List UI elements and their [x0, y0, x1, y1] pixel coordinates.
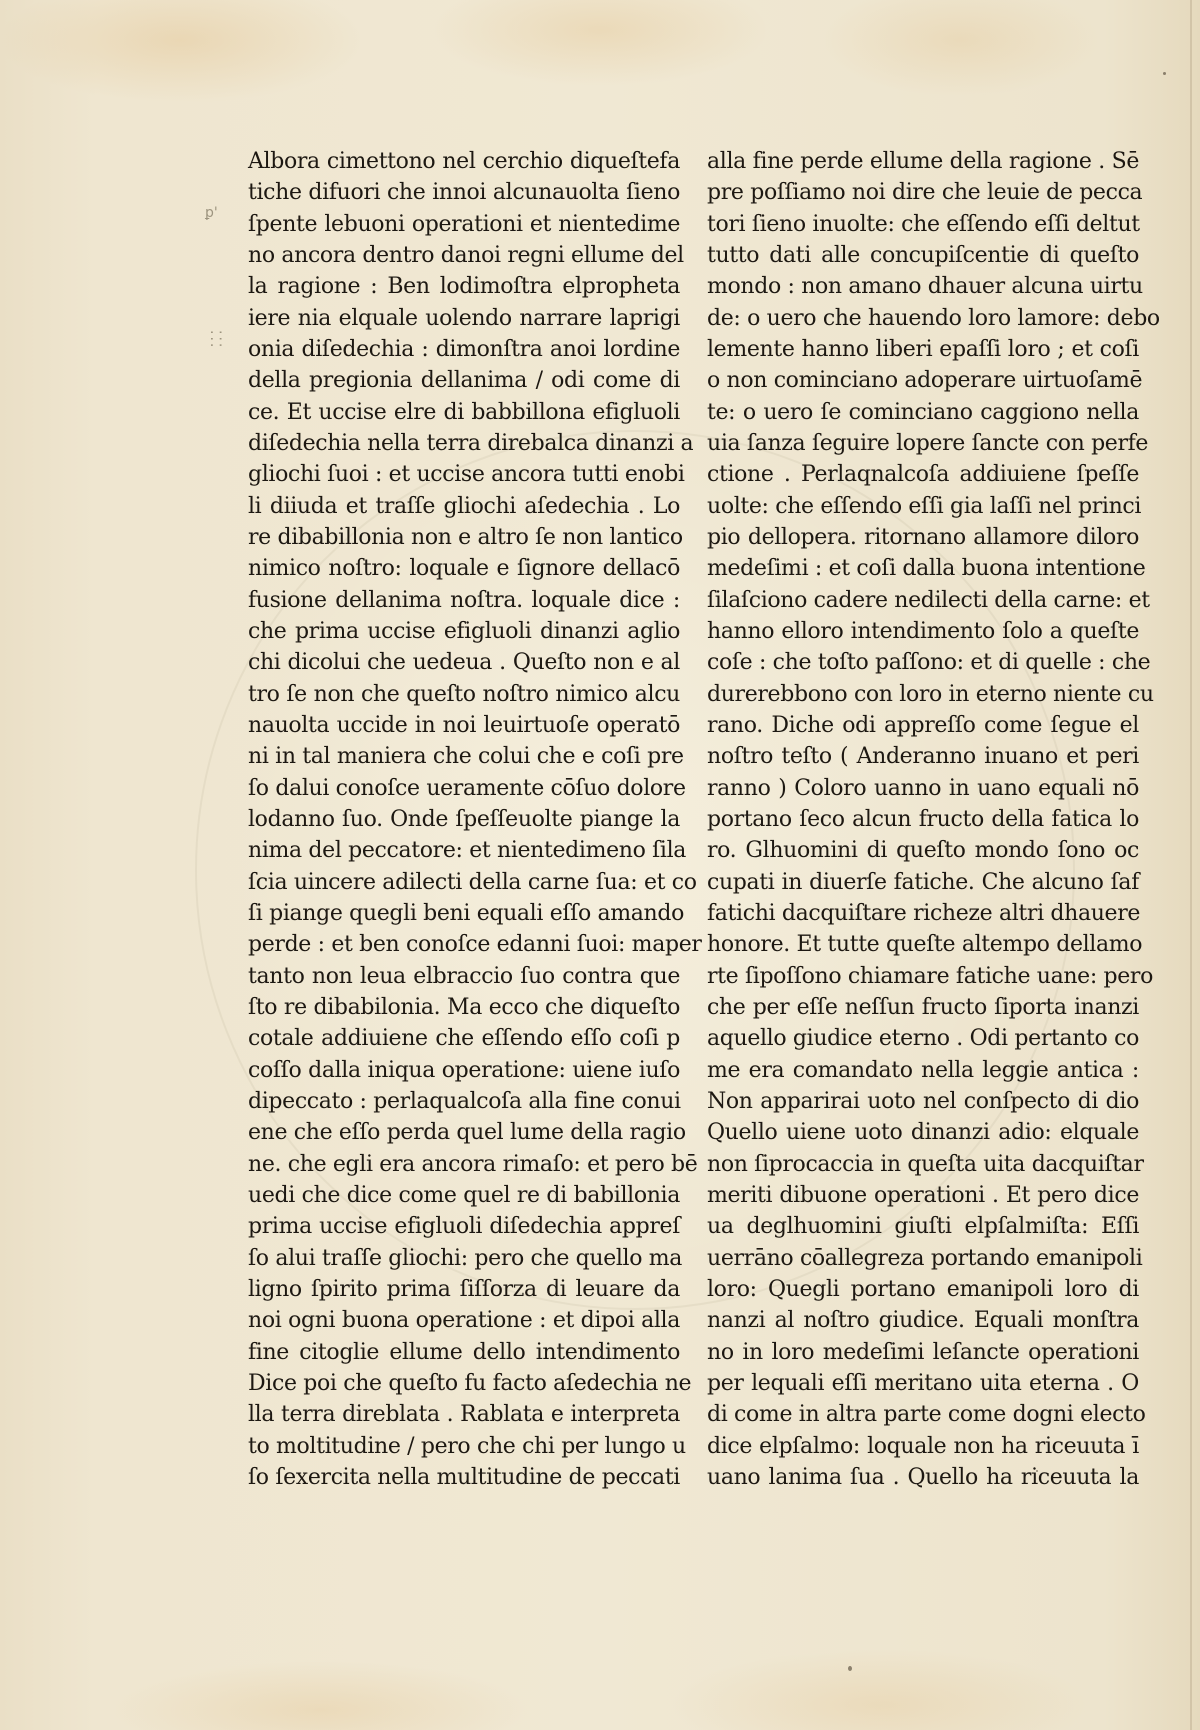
text-line: ſilaſciono cadere nedilecti della carne:… — [707, 587, 1139, 615]
text-line: ctione . Perlaqnalcoſa addiuiene ſpeſſe — [707, 461, 1139, 489]
text-line: honore. Et tutte queſte altempo dellamo — [707, 931, 1139, 959]
text-line: che prima uccise efigluoli dinanzi aglio — [248, 618, 680, 646]
text-line: tutto dati alle concupiſcentie di queſto — [707, 242, 1139, 270]
paper-speck — [848, 1666, 852, 1671]
text-line: la ragione : Ben lodimoſtra elpropheta — [248, 273, 680, 301]
page-fore-edge — [1190, 0, 1192, 1730]
text-line: ſcia uincere adilecti della carne ſua: e… — [248, 869, 680, 897]
text-line: rano. Diche odi appreſſo come ſegue el — [707, 712, 1139, 740]
text-line: che per eſſe neſſun fructo ſiporta inanz… — [707, 994, 1139, 1022]
text-line: li diiuda et traſſe gliochi aſedechia . … — [248, 493, 680, 521]
text-line: pio dellopera. ritornano allamore diloro — [707, 524, 1139, 552]
text-line: per lequali eſſi meritano uita eterna . … — [707, 1370, 1139, 1398]
text-line: Dice poi che queſto fu facto aſedechia n… — [248, 1370, 680, 1398]
text-line: iere nia elquale uolendo narrare laprigi — [248, 305, 680, 333]
text-line: di come in altra parte come dogni electo — [707, 1401, 1139, 1429]
text-line: durerebbono con loro in eterno niente cu — [707, 681, 1139, 709]
text-line: non ſiprocaccia in queſta uita dacquiſta… — [707, 1151, 1139, 1179]
text-line: tiche difuori che innoi alcunauolta ſien… — [248, 179, 680, 207]
text-line: ro. Glhuomini di queſto mondo ſono oc — [707, 837, 1139, 865]
text-line: ſpente lebuoni operationi et nientedime — [248, 211, 680, 239]
text-line: me era comandato nella leggie antica : — [707, 1057, 1139, 1085]
text-line: ce. Et uccise elre di babbillona efigluo… — [248, 399, 680, 427]
text-line: dice elpſalmo: loquale non ha riceuuta ī — [707, 1433, 1139, 1461]
text-line: coſſo dalla iniqua operatione: uiene iuſ… — [248, 1057, 680, 1085]
text-line: re dibabillonia non e altro ſe non lanti… — [248, 524, 680, 552]
text-line: tori ſieno inuolte: che eſſendo eſſi del… — [707, 211, 1139, 239]
text-line: rte ſipoſſono chiamare fatiche uane: per… — [707, 963, 1139, 991]
text-line: aquello giudice eterno . Odi pertanto co — [707, 1025, 1139, 1053]
text-line: ligno ſpirito prima ſiſſorza di leuare d… — [248, 1276, 680, 1304]
text-line: alla fine perde ellume della ragione . S… — [707, 148, 1139, 176]
text-line: coſe : che toſto paſſono: et di quelle :… — [707, 649, 1139, 677]
text-line: ſto re dibabilonia. Ma ecco che diqueſto — [248, 994, 680, 1022]
text-line: diſedechia nella terra direbalca dinanzi… — [248, 430, 680, 458]
text-line: te: o uero ſe cominciano caggiono nella — [707, 399, 1139, 427]
text-line: prima uccise efigluoli diſedechia appreſ — [248, 1213, 680, 1241]
manuscript-page: ꝑ' ⁚⁚⁚ Albora cimettono nel cerchio diqu… — [0, 0, 1200, 1730]
text-line: perde : et ben conoſce edanni ſuoi: mape… — [248, 931, 680, 959]
text-line: to moltitudine / pero che chi per lungo … — [248, 1433, 680, 1461]
text-line: uolte: che eſſendo eſſi gia laſſi nel pr… — [707, 493, 1139, 521]
text-line: della pregionia dellanima / odi come di — [248, 367, 680, 395]
text-line: uedi che dice come quel re di babillonia — [248, 1182, 680, 1210]
text-line: Quello uiene uoto dinanzi adio: elquale — [707, 1119, 1139, 1147]
text-line: ſo dalui conoſce ueramente cōſuo dolore — [248, 775, 680, 803]
text-line: fatichi dacquiſtare richeze altri dhauer… — [707, 900, 1139, 928]
text-line: pre poſſiamo noi dire che leuie de pecca — [707, 179, 1139, 207]
text-line: ni in tal maniera che colui che e coſi p… — [248, 743, 680, 771]
text-line: cotale addiuiene che eſſendo eſſo coſi p — [248, 1025, 680, 1053]
text-line: nimico noſtro: loquale e ſignore dellacō — [248, 555, 680, 583]
text-line: chi dicolui che uedeua . Queſto non e al — [248, 649, 680, 677]
text-line: loro: Quegli portano emanipoli loro di — [707, 1276, 1139, 1304]
text-line: dipeccato : perlaqualcoſa alla fine conu… — [248, 1088, 680, 1116]
text-line: no ancora dentro danoi regni ellume del — [248, 242, 680, 270]
text-line: nanzi al noſtro giudice. Equali monſtra — [707, 1307, 1139, 1335]
text-line: noi ogni buona operatione : et dipoi all… — [248, 1307, 680, 1335]
text-line: fusione dellanima noſtra. loquale dice : — [248, 587, 680, 615]
marginal-annotation-mark: ꝑ' — [205, 205, 218, 221]
text-line: o non cominciano adoperare uirtuoſamē — [707, 367, 1139, 395]
text-line: ranno ) Coloro uanno in uano equali nō — [707, 775, 1139, 803]
text-line: nima del peccatore: et nientedimeno ſila — [248, 837, 680, 865]
text-line: ne. che egli era ancora rimaſo: et pero … — [248, 1151, 680, 1179]
text-line: meriti dibuone operationi . Et pero dice — [707, 1182, 1139, 1210]
text-line: de: o uero che hauendo loro lamore: debo — [707, 305, 1139, 333]
text-line: no in loro medeſimi leſancte operationi — [707, 1339, 1139, 1367]
text-line: cupati in diuerſe fatiche. Che alcuno ſa… — [707, 869, 1139, 897]
text-line: lemente hanno liberi epaſſi loro ; et co… — [707, 336, 1139, 364]
marginal-annotation-dots: ⁚⁚⁚ — [207, 330, 223, 349]
text-line: hanno elloro intendimento ſolo a queſte — [707, 618, 1139, 646]
text-line: noſtro teſto ( Anderanno inuano et peri — [707, 743, 1139, 771]
text-line: lodanno ſuo. Onde ſpeſſeuolte piange la — [248, 806, 680, 834]
text-line: gliochi ſuoi : et uccise ancora tutti en… — [248, 461, 680, 489]
text-line: ſo ſexercita nella multitudine de peccat… — [248, 1464, 680, 1492]
text-line: lla terra direblata . Rablata e interpre… — [248, 1401, 680, 1429]
text-line: tanto non leua elbraccio ſuo contra que — [248, 963, 680, 991]
text-line: portano ſeco alcun fructo della fatica l… — [707, 806, 1139, 834]
text-line: ene che eſſo perda quel lume della ragio — [248, 1119, 680, 1147]
text-line: onia diſedechia : dimonſtra anoi lordine — [248, 336, 680, 364]
text-line: ua deglhuomini giuſti elpſalmiſta: Eſſi — [707, 1213, 1139, 1241]
paper-speck — [1163, 72, 1166, 75]
text-line: Albora cimettono nel cerchio diqueſtefa — [248, 148, 680, 176]
text-line: uia ſanza ſeguire lopere ſancte con perf… — [707, 430, 1139, 458]
text-line: medeſimi : et coſi dalla buona intention… — [707, 555, 1139, 583]
text-line: Non apparirai uoto nel conſpecto di dio — [707, 1088, 1139, 1116]
text-line: uano lanima ſua . Quello ha riceuuta la — [707, 1464, 1139, 1492]
text-line: fine citoglie ellume dello intendimento — [248, 1339, 680, 1367]
text-line: tro ſe non che queſto noſtro nimico alcu — [248, 681, 680, 709]
text-line: uerrāno cōallegreza portando emanipoli — [707, 1245, 1139, 1273]
text-line: ſi piange quegli beni equali eſſo amando — [248, 900, 680, 928]
text-line: mondo : non amano dhauer alcuna uirtu — [707, 273, 1139, 301]
text-line: nauolta uccide in noi leuirtuoſe operatō — [248, 712, 680, 740]
text-line: ſo alui traſſe gliochi: pero che quello … — [248, 1245, 680, 1273]
